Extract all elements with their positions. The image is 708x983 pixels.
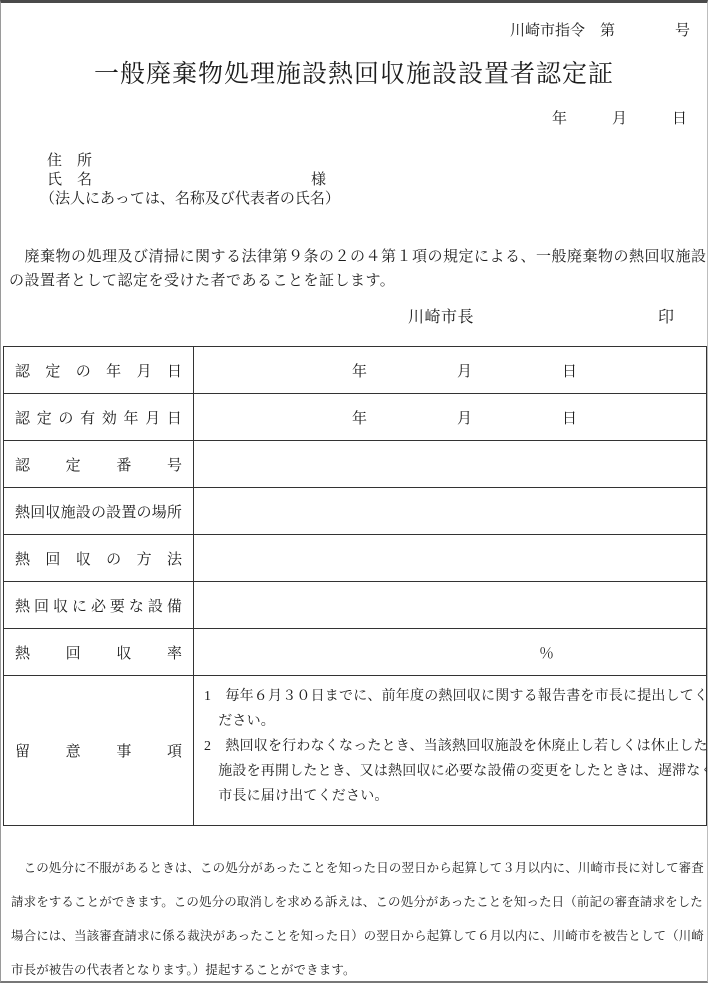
value-recovery-rate-percent: ％: [194, 629, 707, 676]
value-recovery-method: [194, 535, 707, 582]
label-recovery-rate: 熱回収率: [15, 642, 182, 663]
name-label: 氏 名: [47, 172, 92, 188]
label-certification-number: 認定番号: [15, 454, 182, 475]
directive-number-line: 川崎市指令 第 号: [510, 19, 690, 40]
address-label: 住 所: [47, 152, 340, 171]
value-certification-date: 年 月 日: [194, 347, 707, 394]
certificate-table: 認定の年月日 年 月 日 認定の有効年月日 年 月 日 認定番号 熱回収施設の設…: [3, 346, 707, 826]
label-required-equipment: 熱回収に必要な設備: [15, 595, 182, 616]
value-certification-number: [194, 441, 707, 488]
honorific-sama: 様: [311, 171, 326, 190]
value-required-equipment: [194, 582, 707, 629]
mayor-signature-line: 川崎市長 印: [1, 304, 707, 324]
certification-statement: 廃棄物の処理及び清掃に関する法律第９条の２の４第１項の規定による、一般廃棄物の熱…: [9, 245, 705, 293]
table-row: 認定の年月日 年 月 日: [4, 347, 707, 394]
label-valid-date: 認定の有効年月日: [15, 407, 182, 428]
label-certification-date: 認定の年月日: [15, 360, 182, 381]
label-facility-location: 熱回収施設の設置の場所: [15, 501, 182, 522]
table-row: 留意事項 1 毎年６月３０日までに、前年度の熱回収に関する報告書を市長に提出して…: [4, 676, 707, 826]
value-facility-location: [194, 488, 707, 535]
table-row: 熱回収率 ％: [4, 629, 707, 676]
document-title: 一般廃棄物処理施設熱回収施設設置者認定証: [1, 54, 707, 90]
addressee-block: 住 所 氏 名様 （法人にあっては、名称及び代表者の氏名）: [47, 152, 340, 209]
table-row: 認定番号: [4, 441, 707, 488]
value-valid-date: 年 月 日: [194, 394, 707, 441]
issue-date-line: 年 月 日: [552, 107, 687, 128]
label-recovery-method: 熱回収の方法: [15, 548, 182, 569]
seal-mark: 印: [658, 304, 674, 327]
name-row: 氏 名様: [47, 171, 340, 190]
table-row: 熱回収の方法: [4, 535, 707, 582]
table-row: 熱回収に必要な設備: [4, 582, 707, 629]
table-row: 熱回収施設の設置の場所: [4, 488, 707, 535]
corporate-name-note: （法人にあっては、名称及び代表者の氏名）: [40, 190, 340, 209]
table-row: 認定の有効年月日 年 月 日: [4, 394, 707, 441]
appeal-notice: この処分に不服があるときは、この処分があったことを知った日の翌日から起算して３月…: [11, 851, 707, 983]
label-notes: 留意事項: [15, 740, 182, 761]
mayor-title: 川崎市長: [408, 304, 474, 327]
certificate-page: 川崎市指令 第 号 一般廃棄物処理施設熱回収施設設置者認定証 年 月 日 住 所…: [0, 0, 708, 983]
value-notes: 1 毎年６月３０日までに、前年度の熱回収に関する報告書を市長に提出してく ださい…: [194, 676, 707, 826]
